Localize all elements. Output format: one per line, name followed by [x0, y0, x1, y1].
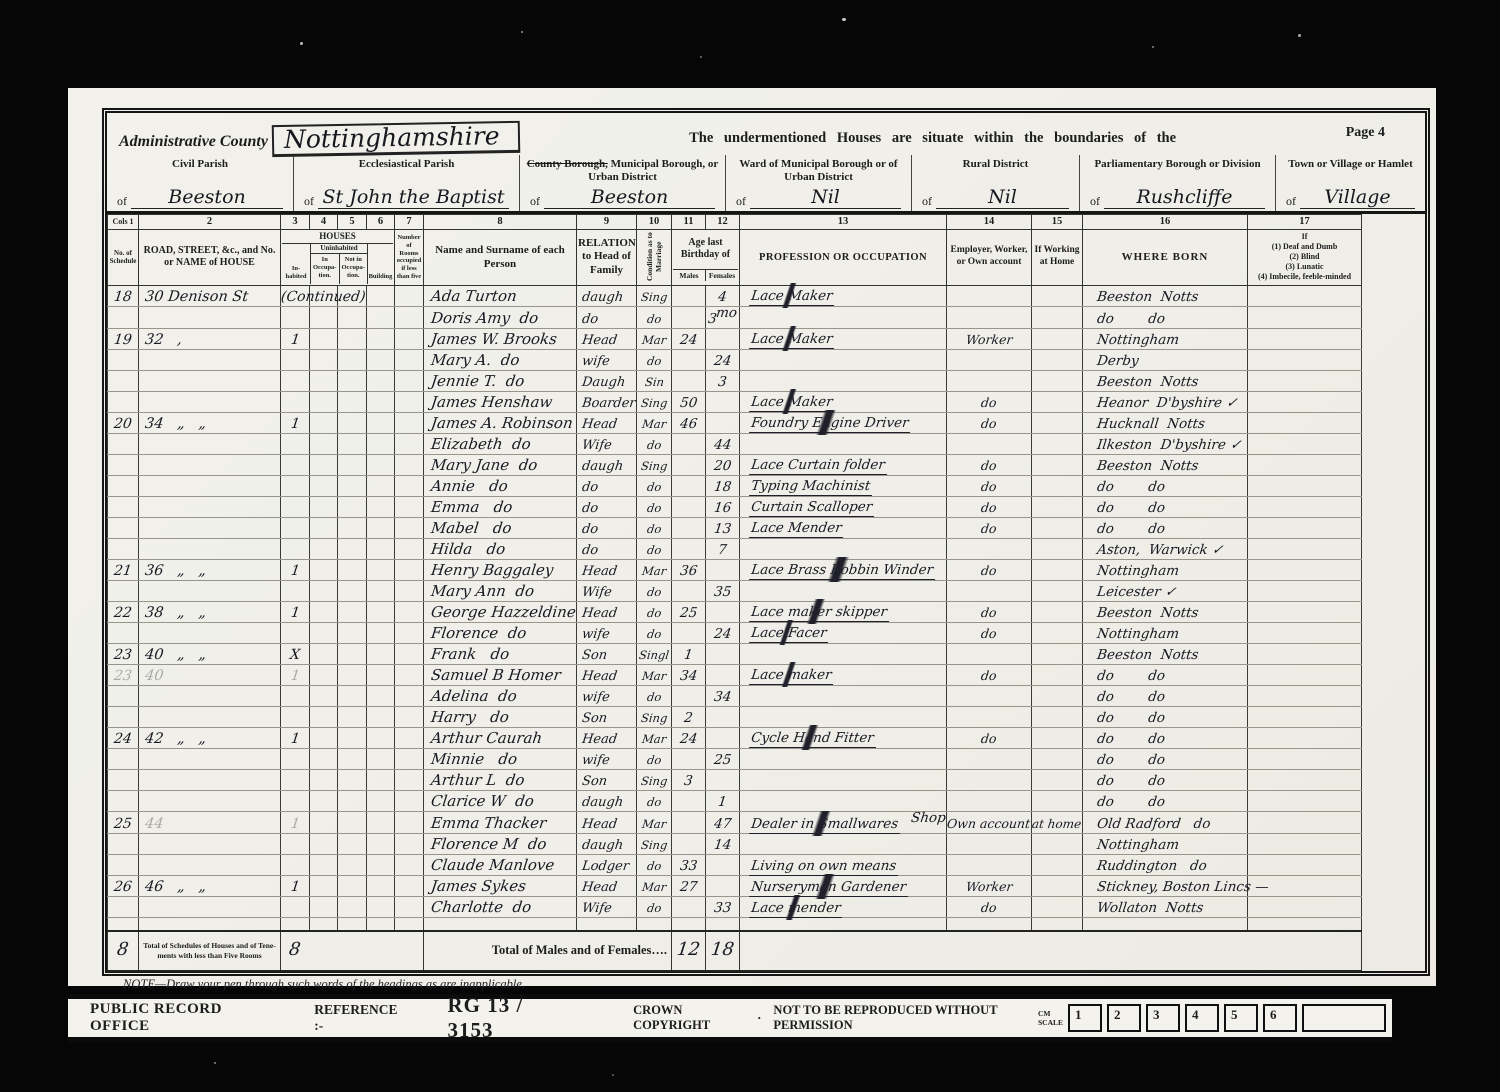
header-employer: Employer, Worker, or Own account [947, 230, 1032, 286]
table-row: Mary Jane dodaughSing20Lace Curtain fold… [108, 454, 1362, 475]
table-row: Harry doSonSing2do do [108, 706, 1362, 727]
header-schedule: No. of Schedule [108, 230, 139, 286]
administrative-county-label: Administrative County [119, 133, 268, 155]
county-borough: County Borough, Municipal Borough, or Ur… [519, 155, 725, 211]
public-record-office-strip: PUBLIC RECORD OFFICE REFERENCE :- RG 13 … [68, 994, 1392, 1042]
table-row: 2442 „ „1Arthur CaurahHeadMar24Cycle Han… [108, 727, 1362, 748]
total-females: 18 [710, 941, 735, 959]
table-row: Florence M dodaughSing14Nottingham [108, 834, 1362, 855]
undermentioned-houses-text: The undermentioned Houses are situate wi… [519, 130, 1345, 155]
scan-speck [700, 56, 702, 58]
table-row: 2340 „ „XFrank doSonSingl1Beeston Notts [108, 643, 1362, 664]
census-form: Administrative County Nottinghamshire Th… [102, 108, 1430, 976]
table-row: Adelina dowifedo34do do [108, 685, 1362, 706]
office-label: PUBLIC RECORD OFFICE [90, 1001, 259, 1035]
census-scan-sheet: Administrative County Nottinghamshire Th… [68, 88, 1436, 986]
scan-speck [214, 1062, 216, 1064]
table-row: 2034 „ „1James A. RobinsonHeadMar46Found… [108, 412, 1362, 433]
total-schedules: 8 [116, 941, 130, 959]
totals-label: Total of Schedules of Houses and of Tene… [139, 931, 281, 971]
table-row: 1830 Denison St(Continued)Ada Turtondaug… [108, 285, 1362, 306]
table-row: Elizabeth doWifedo44Ilkeston D'byshire ✓ [108, 433, 1362, 454]
table-row: Mabel dododo13Lace Menderdodo do [108, 517, 1362, 538]
civil-parish-value: Beeston [131, 188, 283, 209]
total-males-females-label: Total of Males and of Females…. [424, 931, 672, 971]
scan-speck [521, 31, 523, 33]
scan-speck [300, 42, 303, 45]
cm-scale-box: 2 [1107, 1004, 1141, 1032]
parliamentary-borough-value: Rushcliffe [1104, 188, 1265, 209]
header-profession: PROFESSION OR OCCUPATION [740, 230, 947, 286]
total-males: 12 [676, 941, 701, 959]
table-row: Doris Amy dododo3modo do [108, 306, 1362, 328]
table-row: Mary A. dowifedo24Derby [108, 349, 1362, 370]
header-working-at-home: If Working at Home [1032, 230, 1083, 286]
census-body: 1830 Denison St(Continued)Ada Turtondaug… [108, 285, 1362, 931]
form-note: NOTE—Draw your pen through such words of… [123, 977, 1425, 992]
header-road-street: ROAD, STREET, &c., and No. or NAME of HO… [139, 230, 281, 286]
table-row: 1932 ,1James W. BrooksHeadMar24Lace Make… [108, 328, 1362, 349]
scan-speck [1152, 46, 1154, 48]
ward-of-borough: Ward of Municipal Borough or of Urban Di… [725, 155, 911, 211]
ecclesiastical-parish-value: St John the Baptist [318, 188, 509, 209]
table-row: Clarice W dodaughdo1do do [108, 790, 1362, 811]
civil-parish: Civil Parish ofBeeston [107, 155, 293, 211]
total-houses: 8 [288, 941, 302, 959]
scan-speck [1298, 34, 1301, 37]
reproduction-notice: NOT TO BE REPRODUCED WITHOUT PERMISSION [773, 1003, 1038, 1033]
table-row: Arthur L doSonSing3do do [108, 769, 1362, 790]
header-infirmity: If (1) Deaf and Dumb (2) Blind (3) Lunat… [1248, 230, 1362, 286]
crown-copyright-label: CROWN COPYRIGHT [633, 1003, 745, 1033]
cm-scale-box: 6 [1263, 1004, 1297, 1032]
cm-scale-box-empty [1302, 1004, 1386, 1032]
separator-dot: · [757, 1010, 761, 1026]
cm-scale: CM SCALE 123456 [1038, 1004, 1386, 1032]
scan-speck [612, 1074, 614, 1076]
totals-row: 8 Total of Schedules of Houses and of Te… [108, 931, 1362, 971]
header-where-born: WHERE BORN [1083, 230, 1248, 286]
header-houses: HOUSES In-habited Uninhabited In Occupa-… [281, 230, 395, 286]
reference-label: REFERENCE :- [314, 1002, 397, 1034]
table-row: Emma dododo16Curtain Scalloperdodo do [108, 496, 1362, 517]
rural-district-value: Nil [936, 188, 1069, 209]
census-table: Cols 1 23 45 67 89 1011 1213 1415 1617 N… [107, 214, 1362, 972]
rural-district: Rural District ofNil [911, 155, 1079, 211]
table-row: James HenshawBoarderSing50Lace MakerdoHe… [108, 391, 1362, 412]
table-row: Minnie dowifedo25do do [108, 748, 1362, 769]
administrative-county: Administrative County Nottinghamshire [119, 123, 519, 155]
table-row: Charlotte doWifedo33Lace menderdoWollato… [108, 897, 1362, 918]
page-number: Page 4 [1346, 125, 1411, 155]
table-row: 23401Samuel B HomerHeadMar34Lace makerdo… [108, 664, 1362, 685]
header-relation: RELATION to Head of Family [577, 230, 637, 286]
county-borough-value: Beeston [544, 188, 715, 209]
header-name: Name and Surname of each Person [424, 230, 577, 286]
header-condition: Condition as to Marriage [637, 230, 672, 286]
table-row: Florence dowifedo24Lace FacerdoNottingha… [108, 622, 1362, 643]
cm-scale-box: 4 [1185, 1004, 1219, 1032]
spacer-row [108, 918, 1362, 931]
administrative-county-value: Nottinghamshire [272, 121, 520, 157]
header-age: Age last Birthday of MalesFemales [672, 230, 740, 286]
cm-scale-box: 5 [1224, 1004, 1258, 1032]
ecclesiastical-parish: Ecclesiastical Parish ofSt John the Bapt… [293, 155, 519, 211]
table-row: Jennie T. doDaughSin3Beeston Notts [108, 370, 1362, 391]
table-row: Mary Ann doWifedo35Leicester ✓ [108, 580, 1362, 601]
table-row: Annie dododo18Typing Machinistdodo do [108, 475, 1362, 496]
column-headers-row: No. of Schedule ROAD, STREET, &c., and N… [108, 230, 1362, 286]
ward-value: Nil [750, 188, 901, 209]
scan-speck [842, 18, 846, 21]
cm-scale-boxes: 123456 [1068, 1004, 1386, 1032]
cm-scale-label: CM SCALE [1038, 1009, 1068, 1027]
parliamentary-borough: Parliamentary Borough or Division ofRush… [1079, 155, 1275, 211]
table-row: 2646 „ „1James SykesHeadMar27Nurseryman … [108, 876, 1362, 897]
town-or-village-value: Village [1300, 188, 1415, 209]
table-row: Hilda dododo7Aston, Warwick ✓ [108, 538, 1362, 559]
table-row: 2136 „ „1Henry BaggaleyHeadMar36Lace Bra… [108, 559, 1362, 580]
table-row: 25441Emma ThackerHeadMar47Dealer in Smal… [108, 811, 1362, 834]
table-row: 2238 „ „1George HazzeldineHeaddo25Lace m… [108, 601, 1362, 622]
cm-scale-box: 3 [1146, 1004, 1180, 1032]
reference-number: RG 13 / 3153 [447, 993, 558, 1043]
form-header: Administrative County Nottinghamshire Th… [107, 113, 1425, 155]
column-numbers-row: Cols 1 23 45 67 89 1011 1213 1415 1617 [108, 215, 1362, 230]
town-or-village: Town or Village or Hamlet ofVillage [1275, 155, 1425, 211]
district-header-row: Civil Parish ofBeeston Ecclesiastical Pa… [107, 155, 1425, 214]
header-rooms: Number of Rooms occupied if less than fi… [395, 230, 424, 286]
cm-scale-box: 1 [1068, 1004, 1102, 1032]
table-row: Claude ManloveLodgerdo33Living on own me… [108, 855, 1362, 876]
